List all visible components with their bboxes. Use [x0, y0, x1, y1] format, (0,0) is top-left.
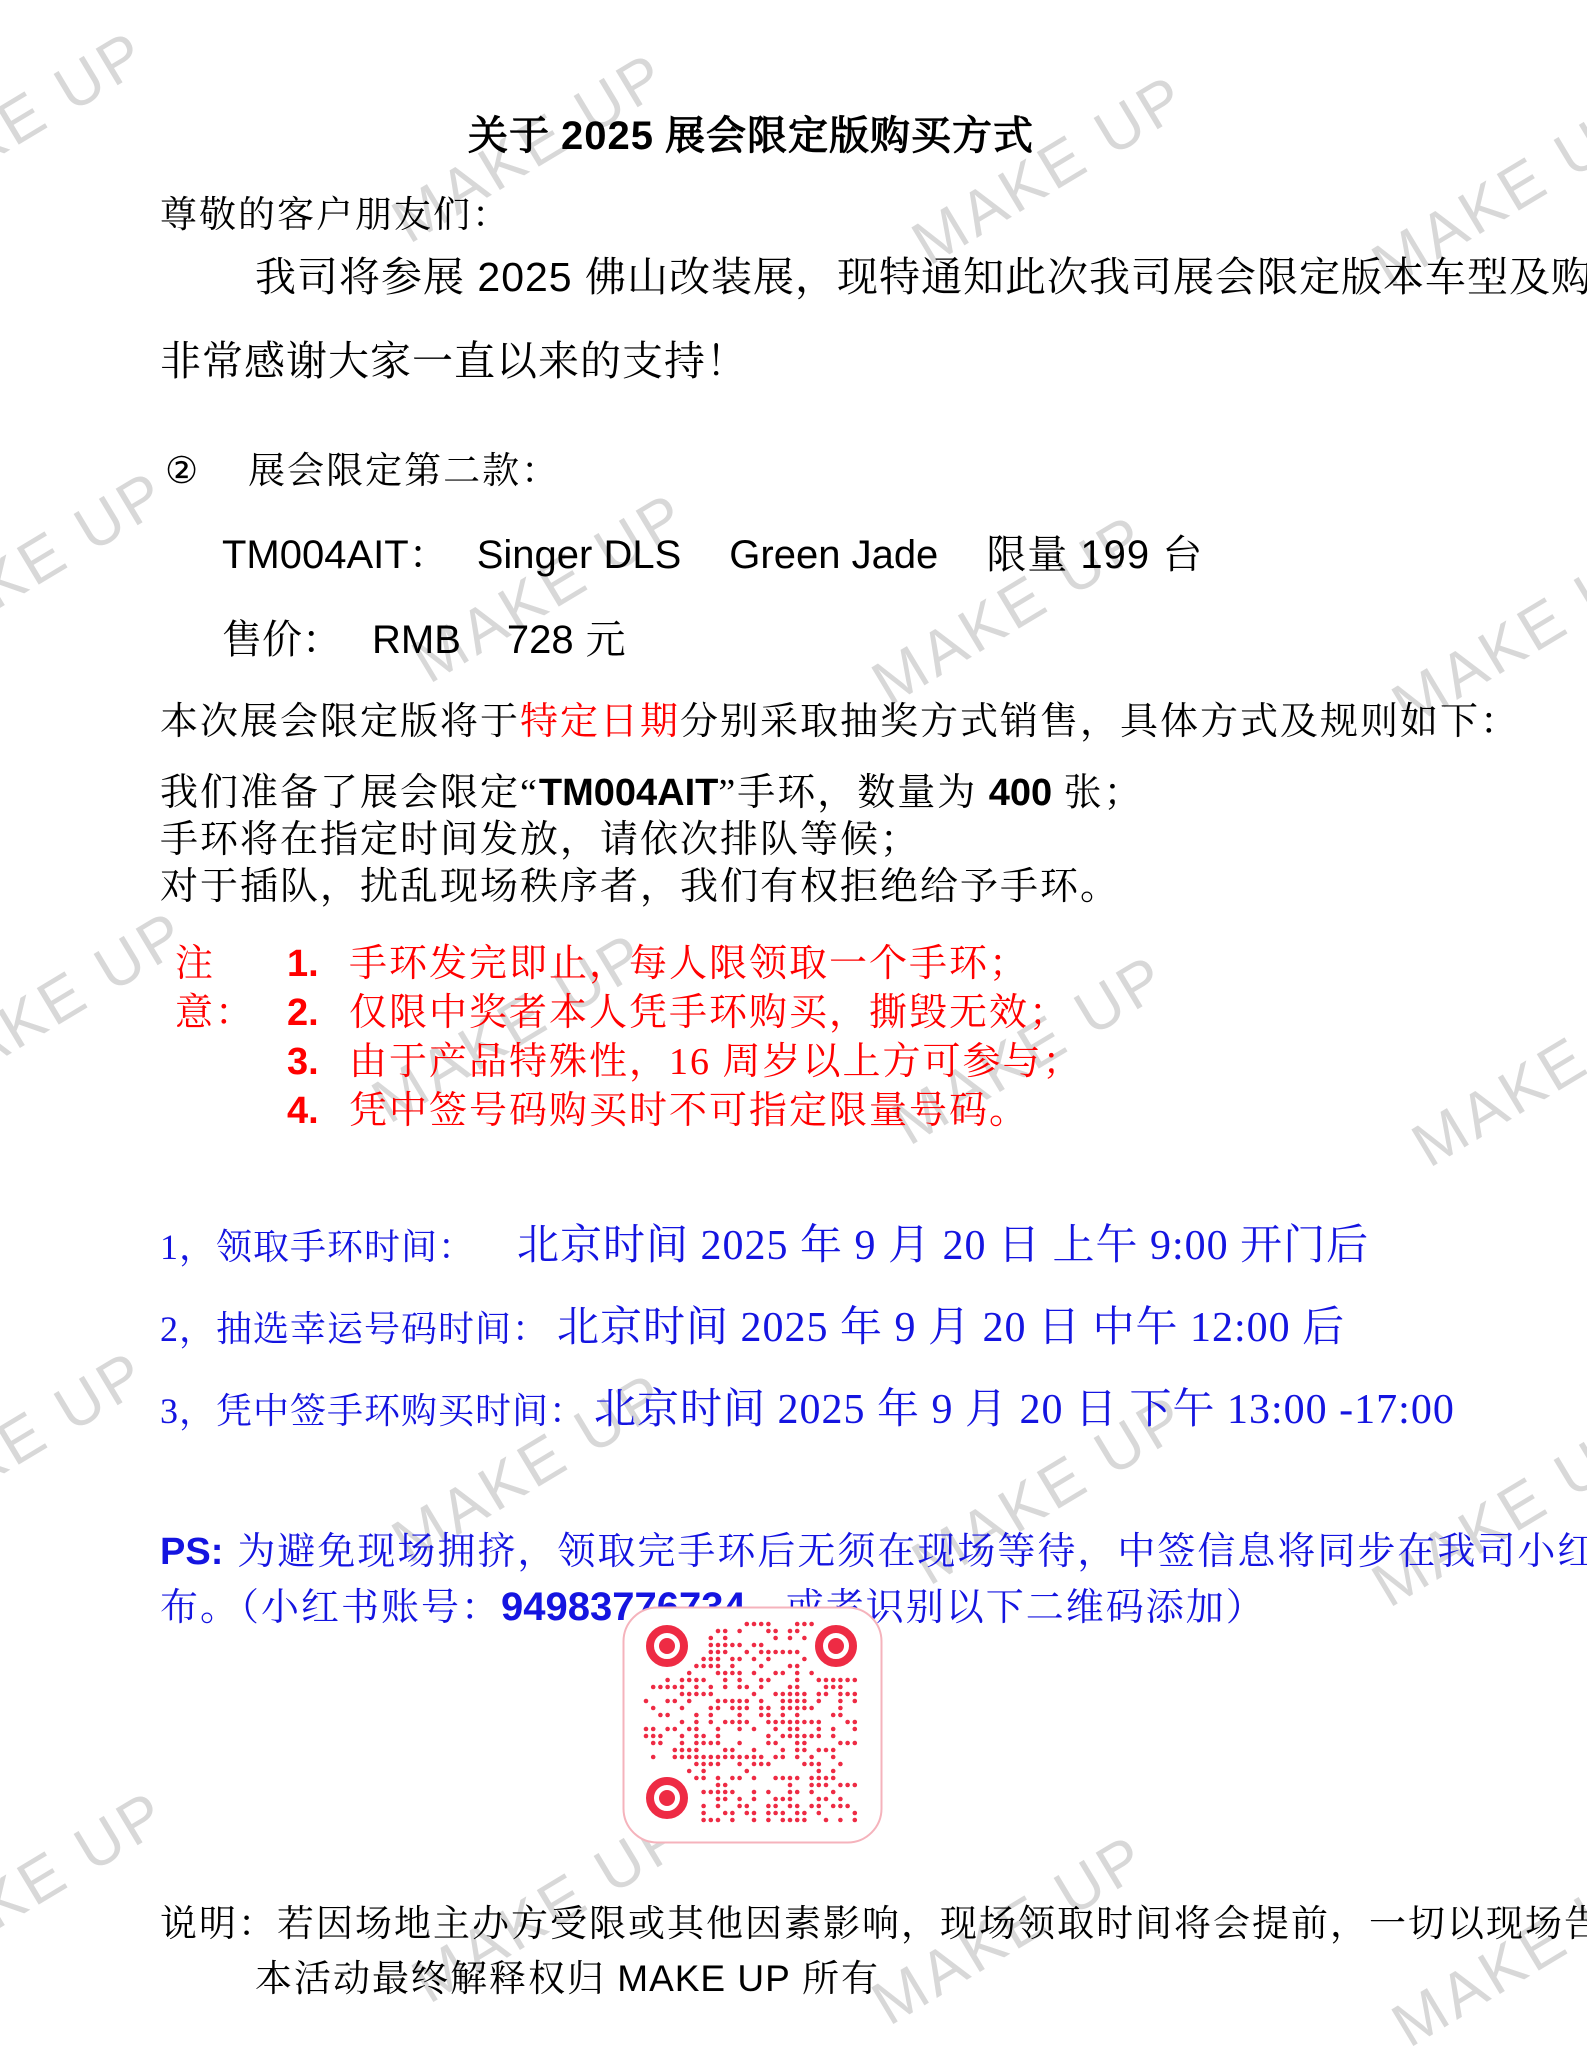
schedule-time: 北京时间 2025 年 9 月 20 日 上午 9:00 开门后 [517, 1223, 1369, 1269]
product-colorway: Green Jade [729, 533, 938, 577]
disclaimer-label: 说明： [160, 1904, 277, 1945]
rights-text-post: 所有 [791, 1959, 880, 2000]
wristband-line-3: 对于插队，扰乱现场秩序者，我们有权拒绝给予手环。 [160, 864, 1144, 911]
notice-item: 3.由于产品特殊性，16 周岁以上方可参与； [287, 1038, 1083, 1087]
wristband-line-1: 我们准备了展会限定“TM004AIT”手环，数量为 400 张； [160, 770, 1144, 817]
notice-item: 2.仅限中奖者本人凭手环购买，撕毁无效； [287, 989, 1083, 1038]
title-year: 2025 [561, 114, 654, 158]
intro-line-1: 我司将参展 2025 佛山改装展，现特通知此次我司展会限定版本车型及购买方式， [255, 244, 1587, 303]
notice-item-text: 由于产品特殊性，16 周岁以上方可参与； [349, 1038, 1083, 1087]
product-limit: 限量 199 台 [986, 533, 1203, 577]
schedule-time: 北京时间 2025 年 9 月 20 日 中午 12:00 后 [557, 1305, 1345, 1351]
wristband-line-1-pre: 我们准备了展会限定“ [160, 772, 539, 814]
notice-item: 4.凭中签号码购买时不可指定限量号码。 [287, 1087, 1083, 1136]
price-label: 售价： [222, 618, 342, 662]
notice-label: 注意： [175, 940, 287, 1136]
xiaohongshu-qr-code [622, 1606, 883, 1844]
sale-highlight-date: 特定日期 [520, 701, 680, 743]
schedule-label: 1，领取手环时间： [160, 1227, 475, 1267]
section-heading: ②展会限定第二款： [165, 440, 560, 494]
notice-item-text: 仅限中奖者本人凭手环购买，撕毁无效； [349, 989, 1069, 1038]
wristband-model: TM004AIT [539, 772, 718, 814]
schedule-time: 北京时间 2025 年 9 月 20 日 下午 13:00 -17:00 [594, 1387, 1455, 1433]
sale-pre: 本次展会限定版将于 [160, 701, 520, 743]
notice-item-text: 凭中签号码购买时不可指定限量号码。 [349, 1087, 1029, 1136]
notice-row: 注意： 1.手环发完即止，每人限领取一个手环； 2.仅限中奖者本人凭手环购买，撕… [175, 940, 1083, 1136]
title-part1: 关于 [468, 113, 561, 158]
document-content: 关于 2025 展会限定版购买方式 尊敬的客户朋友们： 我司将参展 2025 佛… [0, 0, 1587, 2071]
notice-item-number: 1. [287, 940, 349, 989]
wristband-line-2: 手环将在指定时间发放，请依次排队等候； [160, 817, 1144, 864]
product-price-line: 售价：RMB728元 [222, 608, 626, 665]
section-heading-text: 展会限定第二款： [248, 451, 560, 492]
price-amount: 728 [507, 618, 574, 662]
notice-item-number: 2. [287, 989, 349, 1038]
price-unit: 元 [586, 618, 626, 662]
notice-item-number: 3. [287, 1038, 349, 1087]
document-page: MAKE UPMAKE UPMAKE UPMAKE UPMAKE UPMAKE … [0, 0, 1587, 2071]
product-model-line: TM004AIT：Singer DLSGreen Jade限量 199 台 [222, 523, 1203, 580]
sale-method-line: 本次展会限定版将于特定日期分别采取抽奖方式销售，具体方式及规则如下： [160, 690, 1520, 745]
page-title: 关于 2025 展会限定版购买方式 [0, 104, 1502, 161]
title-part2: 展会限定版购买方式 [654, 113, 1034, 158]
greeting-line: 尊敬的客户朋友们： [160, 184, 511, 238]
schedule-row-draw: 2，抽选幸运号码时间：北京时间 2025 年 9 月 20 日 中午 12:00… [160, 1294, 1345, 1354]
notice-item-text: 手环发完即止，每人限领取一个手环； [349, 940, 1029, 989]
ps-prefix: PS: [160, 1531, 223, 1573]
schedule-label: 2，抽选幸运号码时间： [160, 1309, 549, 1349]
sale-post: 分别采取抽奖方式销售，具体方式及规则如下： [680, 701, 1520, 743]
ps-text-2: 布。（小红书账号： [160, 1587, 501, 1629]
price-currency: RMB [372, 618, 461, 662]
notice-item-number: 4. [287, 1087, 349, 1136]
wristband-line-1-mid: ”手环，数量为 [718, 772, 988, 814]
notice-block: 注意： 1.手环发完即止，每人限领取一个手环； 2.仅限中奖者本人凭手环购买，撕… [175, 940, 1083, 1136]
disclaimer-line-1: 说明：若因场地主办方受限或其他因素影响，现场领取时间将会提前，一切以现场告知为准… [160, 1893, 1587, 1947]
schedule-row-pickup: 1，领取手环时间：北京时间 2025 年 9 月 20 日 上午 9:00 开门… [160, 1212, 1369, 1272]
ps-text-1: 为避免现场拥挤，领取完手环后无须在现场等待，中签信息将同步在我司小红书账号公 [237, 1531, 1587, 1573]
rights-text-pre: 本活动最终解释权归 [255, 1959, 617, 2000]
notice-items: 1.手环发完即止，每人限领取一个手环； 2.仅限中奖者本人凭手环购买，撕毁无效；… [287, 940, 1083, 1136]
disclaimer-line-2: 本活动最终解释权归 MAKE UP 所有 [255, 1948, 880, 2002]
qr-code-svg [622, 1606, 883, 1844]
product-name: Singer DLS [477, 533, 682, 577]
product-model: TM004AIT： [222, 533, 449, 577]
brand-name: MAKE UP [617, 1958, 791, 1999]
notice-item: 1.手环发完即止，每人限领取一个手环； [287, 940, 1083, 989]
wristband-line-1-post: 张； [1052, 772, 1144, 814]
wristband-quantity: 400 [989, 772, 1052, 814]
schedule-row-purchase: 3，凭中签手环购买时间：北京时间 2025 年 9 月 20 日 下午 13:0… [160, 1376, 1455, 1436]
schedule-label: 3，凭中签手环购买时间： [160, 1391, 586, 1431]
disclaimer-text: 若因场地主办方受限或其他因素影响，现场领取时间将会提前，一切以现场告知为准！ [277, 1904, 1587, 1945]
intro-line-2: 非常感谢大家一直以来的支持！ [160, 328, 748, 387]
ps-note-line-1: PS:为避免现场拥挤，领取完手环后无须在现场等待，中签信息将同步在我司小红书账号… [160, 1520, 1587, 1575]
section-number: ② [165, 451, 200, 492]
wristband-rules: 我们准备了展会限定“TM004AIT”手环，数量为 400 张； 手环将在指定时… [160, 770, 1144, 911]
